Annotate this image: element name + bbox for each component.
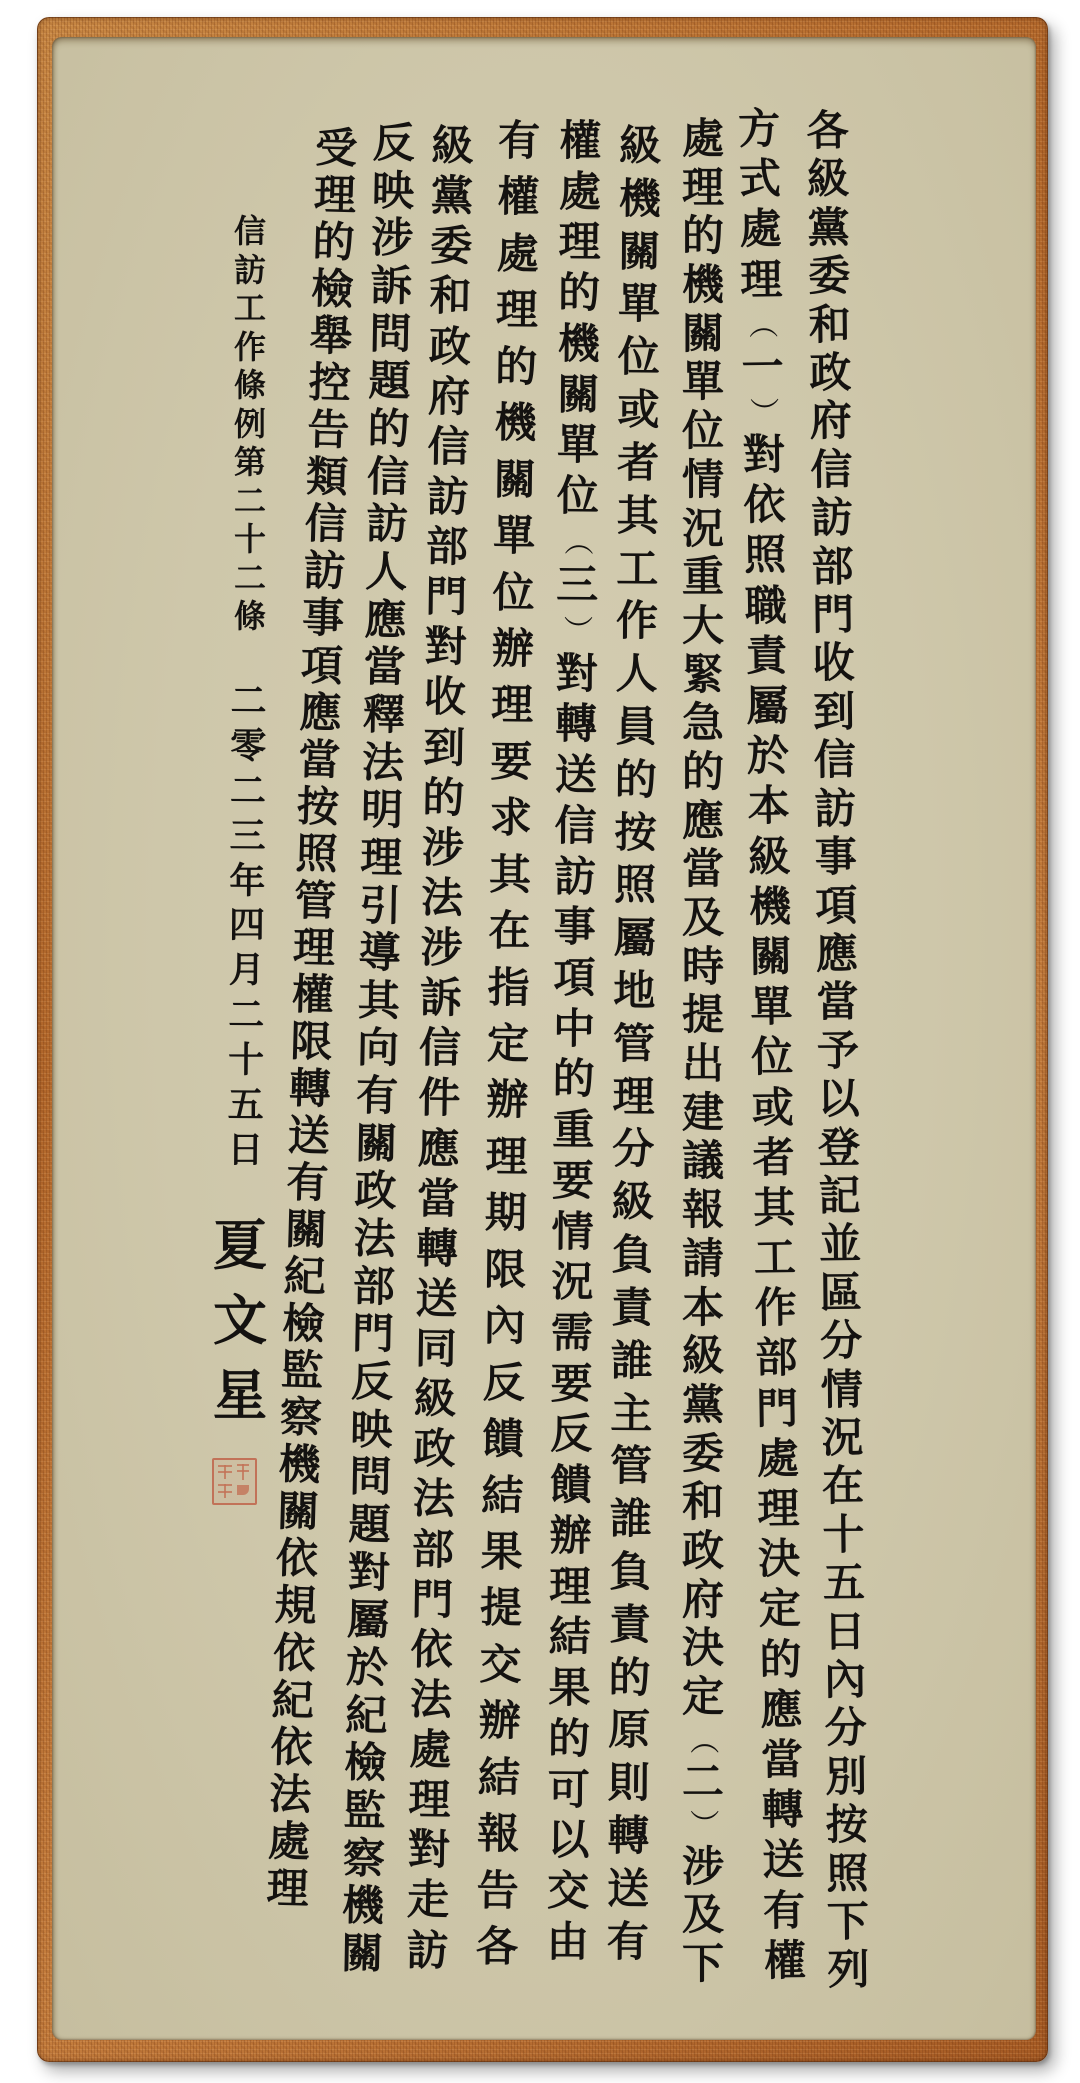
calligraphy-character: 委	[808, 255, 850, 297]
calligraphy-character: 則	[608, 1762, 650, 1804]
calligraphy-character: 規	[274, 1585, 317, 1628]
calligraphy-character: 題	[368, 360, 411, 403]
calligraphy-character: 級	[807, 158, 849, 200]
inscription-source: 信訪工作條例第二十二條	[220, 215, 280, 632]
calligraphy-character: 工	[234, 292, 266, 324]
calligraphy-character: 部	[412, 1528, 455, 1571]
calligraphy-character: 記	[818, 1175, 860, 1217]
calligraphy-character: 應	[364, 598, 407, 641]
calligraphy-character: 年	[229, 862, 265, 898]
calligraphy-character: 監	[281, 1350, 324, 1393]
calligraphy-character: 反	[550, 1413, 592, 1455]
calligraphy-character: 工	[754, 1237, 797, 1280]
calligraphy-character: 原	[608, 1709, 650, 1751]
calligraphy-character: 當	[298, 738, 341, 781]
calligraphy-character: 紀	[283, 1255, 326, 1298]
calligraphy-character: 分	[820, 1320, 862, 1362]
calligraphy-character: 及	[682, 1894, 724, 1936]
calligraphy-character: 告	[476, 1869, 519, 1912]
calligraphy-character: 處	[496, 233, 539, 276]
calligraphy-character: 職	[745, 584, 788, 627]
calligraphy-character: 在	[488, 910, 531, 953]
calligraphy-character: （	[688, 1725, 717, 1754]
calligraphy-character: 辦	[492, 628, 535, 671]
calligraphy-character: 向	[357, 1027, 400, 1070]
calligraphy-character: 察	[279, 1397, 322, 1440]
calligraphy-character: 事	[554, 906, 596, 948]
calligraphy-character: 其	[753, 1187, 796, 1230]
calligraphy-character: 單	[618, 283, 660, 325]
calligraphy-character: 條	[234, 369, 266, 401]
calligraphy-character: 檢	[344, 1742, 387, 1785]
calligraphy-character: ）	[748, 396, 778, 426]
calligraphy-character: 例	[234, 408, 266, 440]
calligraphy-character: 理	[549, 1565, 591, 1607]
calligraphy-character: 事	[815, 836, 857, 878]
calligraphy-character: 引	[359, 884, 402, 927]
calligraphy-character: 級	[682, 1335, 724, 1377]
calligraphy-character: 二	[230, 773, 266, 809]
calligraphy-character: 機	[682, 264, 724, 306]
calligraphy-character: 分	[824, 1707, 866, 1749]
calligraphy-character: 按	[614, 811, 656, 853]
calligraphy-character: 權	[291, 973, 334, 1016]
calligraphy-character: 政	[682, 1530, 724, 1572]
calligraphy-character: 理	[491, 684, 534, 727]
calligraphy-character: 有	[763, 1889, 806, 1932]
calligraphy-character: 急	[682, 702, 724, 744]
calligraphy-character: 二	[234, 485, 266, 517]
calligraphy-character: 對	[407, 1829, 450, 1872]
calligraphy-character: 定	[759, 1588, 802, 1631]
calligraphy-character: 依	[743, 484, 786, 527]
calligraphy-character: 檢	[282, 1302, 325, 1345]
calligraphy-character: 或	[617, 389, 659, 431]
calligraphy-character: 分	[612, 1128, 654, 1170]
calligraphy-character: 主	[610, 1392, 652, 1434]
calligraphy-character: 涉	[420, 927, 463, 970]
calligraphy-character: 部	[811, 545, 853, 587]
calligraphy-character: 定	[682, 1676, 724, 1718]
calligraphy-character: 部	[426, 526, 469, 569]
calligraphy-character: 的	[495, 346, 538, 389]
calligraphy-character: 當	[363, 646, 406, 689]
calligraphy-character: 轉	[607, 1815, 649, 1857]
calligraphy-character: 作	[754, 1287, 797, 1330]
seal-stamp-icon	[212, 1458, 257, 1505]
calligraphy-character: 可	[548, 1768, 590, 1810]
calligraphy-character: 依	[273, 1632, 316, 1675]
calligraphy-character: 告	[307, 409, 350, 452]
calligraphy-character: 果	[548, 1667, 590, 1709]
calligraphy-character: 需	[551, 1312, 593, 1354]
calligraphy-character: 權	[559, 120, 601, 162]
calligraphy-character: 要	[552, 1160, 594, 1202]
calligraphy-character: 予	[817, 1029, 859, 1071]
calligraphy-character: 題	[348, 1504, 391, 1547]
calligraphy-character: 決	[682, 1627, 724, 1669]
calligraphy-character: 關	[284, 1208, 327, 1251]
calligraphy-character: 映	[372, 169, 415, 212]
calligraphy-character: 決	[758, 1538, 801, 1581]
calligraphy-character: 月	[229, 952, 265, 988]
calligraphy-character: 內	[824, 1659, 866, 1701]
calligraphy-character: 政	[428, 325, 471, 368]
calligraphy-character: 其	[357, 979, 400, 1022]
calligraphy-character: 的	[558, 272, 600, 314]
calligraphy-character: 及	[682, 897, 724, 939]
calligraphy-character: 方	[738, 108, 781, 151]
calligraphy-character: 級	[414, 1378, 457, 1421]
calligraphy-character: 反	[372, 122, 415, 165]
calligraphy-character: 的	[312, 221, 355, 264]
calligraphy-character: 情	[682, 459, 724, 501]
calligraphy-character: 下	[827, 1901, 869, 1943]
calligraphy-character: 管	[613, 1023, 655, 1065]
calligraphy-character: 三	[229, 818, 265, 854]
calligraphy-character: 位	[682, 410, 724, 452]
calligraphy-character: 條	[234, 600, 266, 632]
calligraphy-character: 信	[304, 503, 347, 546]
calligraphy-character: 星	[213, 1368, 267, 1422]
calligraphy-character: 處	[739, 208, 782, 251]
calligraphy-character: 二	[228, 997, 264, 1033]
text-column-3: 處理的機關單位情況重大緊急的應當及時提出建議報請本級黨委和政府決定（二）涉及下	[673, 118, 733, 1985]
calligraphy-character: 建	[682, 1092, 724, 1134]
calligraphy-character: 收	[812, 642, 854, 684]
calligraphy-character: 其	[617, 495, 659, 537]
calligraphy-character: 信	[419, 1027, 462, 1070]
calligraphy-character: 屬	[614, 917, 656, 959]
calligraphy-character: 位	[492, 571, 535, 614]
calligraphy-character: 門	[812, 594, 854, 636]
calligraphy-character: 府	[682, 1579, 724, 1621]
calligraphy-character: 按	[296, 785, 339, 828]
calligraphy-character: 反	[483, 1361, 526, 1404]
calligraphy-character: 議	[682, 1140, 724, 1182]
calligraphy-character: （	[747, 309, 777, 339]
calligraphy-character: 第	[234, 446, 266, 478]
calligraphy-character: 機	[278, 1444, 321, 1487]
calligraphy-character: 訪	[814, 787, 856, 829]
calligraphy-character: 部	[755, 1337, 798, 1380]
calligraphy-character: 紀	[345, 1694, 388, 1737]
calligraphy-character: 二	[682, 1761, 724, 1803]
calligraphy-character: 對	[742, 434, 785, 477]
calligraphy-character: 受	[315, 127, 358, 170]
calligraphy-character: 三	[556, 564, 598, 606]
calligraphy-character: ）	[688, 1809, 717, 1838]
calligraphy-character: 當	[761, 1739, 804, 1782]
calligraphy-character: 處	[559, 171, 601, 213]
calligraphy-character: 日	[823, 1610, 865, 1652]
calligraphy-character: 交	[479, 1644, 522, 1687]
calligraphy-character: 的	[367, 408, 410, 451]
calligraphy-character: 項	[815, 884, 857, 926]
calligraphy-character: 情	[821, 1368, 863, 1410]
calligraphy-character: 依	[275, 1538, 318, 1581]
text-column-4: 級機關單位或者其工作人員的按照屬地管理分級負責誰主管誰負責的原則轉送有	[598, 125, 671, 1963]
calligraphy-character: 信	[367, 455, 410, 498]
calligraphy-character: 訴	[419, 977, 462, 1020]
calligraphy-character: 送	[555, 754, 597, 796]
calligraphy-character: 委	[682, 1433, 724, 1475]
calligraphy-character: 結	[478, 1756, 521, 1799]
calligraphy-character: 政	[809, 352, 851, 394]
calligraphy-character: 處	[756, 1438, 799, 1481]
calligraphy-character: 負	[609, 1551, 651, 1593]
calligraphy-character: 信	[427, 426, 470, 469]
calligraphy-character: 有	[498, 120, 541, 163]
calligraphy-character: 應	[760, 1688, 803, 1731]
calligraphy-character: 其	[489, 853, 532, 896]
calligraphy-character: 責	[745, 635, 788, 678]
calligraphy-character: 列	[827, 1949, 869, 1991]
calligraphy-character: 理	[612, 1075, 654, 1117]
wooden-frame: 各級黨委和政府信訪部門收到信訪事項應當予以登記並區分情況在十五日內分別按照下列 …	[37, 17, 1048, 2062]
calligraphy-character: 辦	[549, 1515, 591, 1557]
calligraphy-character: 定	[487, 1023, 530, 1066]
calligraphy-character: 紀	[271, 1679, 314, 1722]
calligraphy-character: 送	[415, 1278, 458, 1321]
calligraphy-character: 送	[607, 1868, 649, 1910]
calligraphy-character: 結	[481, 1474, 524, 1517]
calligraphy-character: 依	[410, 1628, 453, 1671]
calligraphy-character: 重	[682, 556, 724, 598]
calligraphy-character: 十	[822, 1514, 864, 1556]
calligraphy-character: 關	[618, 230, 660, 272]
calligraphy-character: 求	[489, 797, 532, 840]
calligraphy-character: 關	[341, 1932, 384, 1975]
calligraphy-character: 區	[819, 1271, 861, 1313]
calligraphy-character: 於	[346, 1647, 389, 1690]
calligraphy-character: 緊	[682, 654, 724, 696]
calligraphy-character: 況	[551, 1261, 593, 1303]
calligraphy-character: 出	[682, 1043, 724, 1085]
calligraphy-character: 對	[424, 626, 467, 669]
calligraphy-character: 工	[616, 547, 658, 589]
calligraphy-character: 由	[547, 1920, 589, 1962]
calligraphy-character: 機	[494, 402, 537, 445]
calligraphy-character: 委	[430, 225, 473, 268]
calligraphy-character: 本	[682, 1287, 724, 1329]
calligraphy-character: 的	[615, 759, 657, 801]
calligraphy-character: （	[563, 526, 593, 556]
calligraphy-character: 於	[747, 735, 790, 778]
calligraphy-character: 轉	[555, 703, 597, 745]
calligraphy-character: 轉	[761, 1789, 804, 1832]
calligraphy-character: 日	[227, 1132, 263, 1168]
calligraphy-character: 依	[270, 1726, 313, 1769]
calligraphy-character: 映	[350, 1408, 393, 1451]
calligraphy-character: 別	[825, 1756, 867, 1798]
calligraphy-character: 理	[558, 221, 600, 263]
calligraphy-character: 理	[266, 1867, 309, 1910]
calligraphy-character: ）	[562, 614, 592, 644]
artwork-canvas: 各級黨委和政府信訪部門收到信訪事項應當予以登記並區分情況在十五日內分別按照下列 …	[0, 0, 1080, 2083]
calligraphy-character: 門	[756, 1387, 799, 1430]
calligraphy-character: 走	[407, 1879, 450, 1922]
calligraphy-character: 作	[234, 331, 266, 363]
calligraphy-character: 的	[682, 215, 724, 257]
calligraphy-character: 府	[810, 400, 852, 442]
calligraphy-character: 法	[269, 1773, 312, 1816]
calligraphy-character: 察	[342, 1837, 385, 1880]
calligraphy-character: 地	[613, 970, 655, 1012]
calligraphy-character: 在	[822, 1465, 864, 1507]
calligraphy-character: 黨	[807, 207, 849, 249]
calligraphy-character: 應	[682, 800, 724, 842]
calligraphy-character: 訪	[554, 855, 596, 897]
calligraphy-character: 下	[682, 1943, 724, 1985]
calligraphy-character: 法	[362, 741, 405, 784]
calligraphy-character: 府	[428, 375, 471, 418]
calligraphy-character: 有	[607, 1920, 649, 1962]
calligraphy-character: 收	[424, 676, 467, 719]
calligraphy-character: 十	[228, 1042, 264, 1078]
artist-signature: 夏文星	[210, 1218, 270, 1422]
calligraphy-character: 和	[682, 1481, 724, 1523]
calligraphy-character: 當	[816, 981, 858, 1023]
calligraphy-character: 的	[608, 1656, 650, 1698]
calligraphy-character: 信	[234, 215, 266, 247]
calligraphy-character: 應	[816, 933, 858, 975]
calligraphy-character: 者	[752, 1136, 795, 1179]
calligraphy-character: 法	[412, 1478, 455, 1521]
seal-glyph-stroke	[224, 1484, 226, 1498]
calligraphy-character: 並	[819, 1223, 861, 1265]
calligraphy-character: 有	[286, 1161, 329, 1204]
calligraphy-character: 理	[408, 1779, 451, 1822]
calligraphy-character: 送	[287, 1114, 330, 1157]
calligraphy-character: 者	[617, 442, 659, 484]
calligraphy-character: 關	[355, 1122, 398, 1165]
seal-glyph-stroke	[237, 1485, 249, 1495]
calligraphy-character: 況	[821, 1417, 863, 1459]
calligraphy-character: 問	[369, 312, 412, 355]
calligraphy-character: 訪	[426, 476, 469, 519]
calligraphy-character: 限	[290, 1020, 333, 1063]
calligraphy-character: 況	[682, 508, 724, 550]
calligraphy-character: 應	[299, 691, 342, 734]
calligraphy-character: 理	[496, 289, 539, 332]
calligraphy-character: 作	[616, 600, 658, 642]
calligraphy-character: 誰	[610, 1498, 652, 1540]
calligraphy-character: 理	[757, 1488, 800, 1531]
calligraphy-character: 中	[553, 1008, 595, 1050]
calligraphy-character: 信	[813, 739, 855, 781]
calligraphy-character: 饋	[482, 1418, 525, 1461]
calligraphy-character: 的	[759, 1638, 802, 1681]
calligraphy-character: 理	[313, 174, 356, 217]
calligraphy-character: 照	[826, 1852, 868, 1894]
calligraphy-character: 文	[213, 1293, 267, 1347]
calligraphy-character: 機	[342, 1885, 385, 1928]
calligraphy-character: 檢	[311, 268, 354, 311]
calligraphy-character: 重	[552, 1109, 594, 1151]
calligraphy-character: 五	[823, 1562, 865, 1604]
calligraphy-character: 指	[487, 966, 530, 1009]
calligraphy-character: 人	[365, 551, 408, 594]
calligraphy-character: 管	[610, 1445, 652, 1487]
calligraphy-character: 黨	[431, 175, 474, 218]
calligraphy-character: 十	[234, 523, 266, 555]
calligraphy-character: 提	[682, 994, 724, 1036]
calligraphy-character: 大	[682, 605, 724, 647]
calligraphy-character: 釋	[362, 694, 405, 737]
calligraphy-character: 有	[356, 1075, 399, 1118]
calligraphy-character: 關	[557, 373, 599, 415]
calligraphy-character: 人	[615, 653, 657, 695]
calligraphy-character: 當	[682, 848, 724, 890]
calligraphy-character: 反	[351, 1361, 394, 1404]
calligraphy-character: 門	[425, 576, 468, 619]
calligraphy-character: 門	[352, 1313, 395, 1356]
calligraphy-character: 權	[763, 1939, 806, 1982]
calligraphy-character: 四	[229, 907, 265, 943]
calligraphy-character: 舉	[309, 315, 352, 358]
calligraphy-character: 單	[682, 361, 724, 403]
calligraphy-character: 當	[417, 1177, 460, 1220]
calligraphy-character: 期	[485, 1192, 528, 1235]
calligraphy-character: 理	[485, 1136, 528, 1179]
calligraphy-character: 理	[360, 837, 403, 880]
calligraphy-character: 登	[818, 1126, 860, 1168]
calligraphy-character: 送	[762, 1839, 805, 1882]
calligraphy-character: 照	[295, 832, 338, 875]
inscription-date: 二零二三年四月二十五日	[215, 683, 278, 1168]
calligraphy-character: 二	[234, 562, 266, 594]
calligraphy-character: 關	[494, 458, 537, 501]
calligraphy-character: 單	[493, 515, 536, 558]
calligraphy-character: 的	[553, 1058, 595, 1100]
calligraphy-character: 按	[826, 1804, 868, 1846]
calligraphy-character: 對	[347, 1551, 390, 1594]
calligraphy-character: 級	[612, 1181, 654, 1223]
calligraphy-character: 結	[549, 1616, 591, 1658]
calligraphy-character: 涉	[371, 217, 414, 260]
calligraphy-character: 處	[409, 1729, 452, 1772]
calligraphy-character: 處	[682, 118, 724, 160]
calligraphy-character: 事	[302, 597, 345, 640]
calligraphy-character: 級	[748, 835, 791, 878]
calligraphy-character: 件	[418, 1077, 461, 1120]
calligraphy-character: 訪	[811, 497, 853, 539]
calligraphy-character: 級	[431, 125, 474, 168]
calligraphy-character: 或	[752, 1086, 795, 1129]
calligraphy-character: 誰	[611, 1340, 653, 1382]
calligraphy-character: 對	[555, 653, 597, 695]
calligraphy-character: 問	[349, 1456, 392, 1499]
calligraphy-character: 理	[740, 258, 783, 301]
calligraphy-character: 法	[410, 1679, 453, 1722]
calligraphy-character: 單	[557, 424, 599, 466]
calligraphy-character: 各	[806, 110, 848, 152]
calligraphy-character: 訴	[370, 265, 413, 308]
calligraphy-character: 訪	[366, 503, 409, 546]
calligraphy-character: 同	[414, 1328, 457, 1371]
calligraphy-character: 位	[557, 475, 599, 517]
calligraphy-character: 各	[476, 1926, 519, 1969]
calligraphy-character: 關	[682, 313, 724, 355]
calligraphy-character: 訪	[303, 550, 346, 593]
calligraphy-character: 控	[308, 362, 351, 405]
calligraphy-character: 情	[552, 1210, 594, 1252]
seal-glyph-stroke	[224, 1465, 226, 1479]
calligraphy-character: 和	[809, 303, 851, 345]
calligraphy-character: 涉	[421, 826, 464, 869]
calligraphy-character: 式	[739, 158, 782, 201]
